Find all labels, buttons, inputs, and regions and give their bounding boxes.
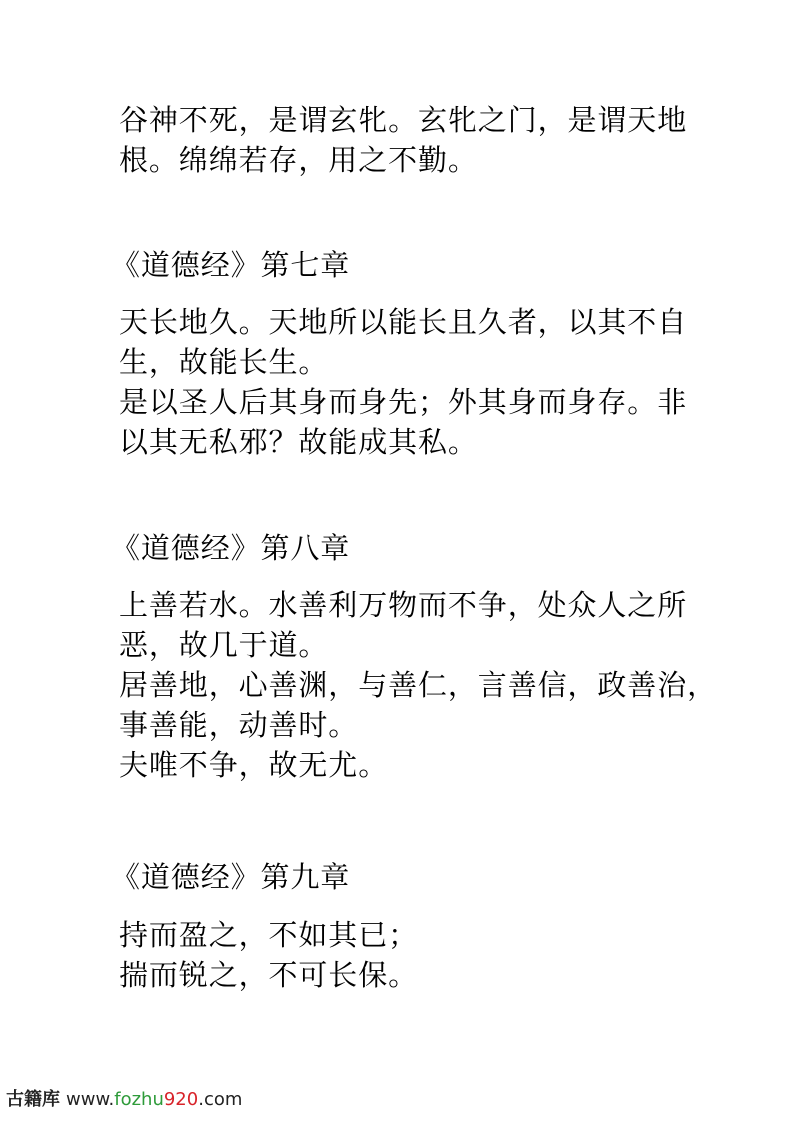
chapter-heading-9: 《道德经》第九章 [111,857,350,897]
text-line: 谷神不死，是谓玄牝。玄牝之门，是谓天地 [119,100,687,140]
chapter-heading-7: 《道德经》第七章 [111,245,350,285]
watermark-url-suffix: .com [198,1089,242,1110]
text-line: 夫唯不争，故无尤。 [119,745,388,785]
chapter-heading-8: 《道德经》第八章 [111,528,350,568]
watermark-site-name: 古籍库 [6,1089,60,1110]
site-watermark: 古籍库www.fozhu920.com [6,1087,242,1113]
text-line: 天长地久。天地所以能长且久者，以其不自 [119,302,687,342]
text-line: 根。绵绵若存，用之不勤。 [119,140,478,180]
text-line: 持而盈之，不如其已； [119,915,418,955]
text-line: 揣而锐之，不可长保。 [119,955,418,995]
watermark-url-prefix: www. [66,1089,114,1110]
text-line: 以其无私邪？故能成其私。 [119,422,478,462]
text-line: 是以圣人后其身而身先；外其身而身存。非 [119,382,687,422]
text-line: 居善地，心善渊，与善仁，言善信，政善治， [119,665,717,705]
watermark-url-green: fozhu [114,1089,164,1110]
text-line: 事善能，动善时。 [119,705,358,745]
text-line: 恶，故几于道。 [119,625,328,665]
watermark-url-red: 920 [164,1089,198,1110]
text-line: 生，故能长生。 [119,342,328,382]
text-line: 上善若水。水善利万物而不争，处众人之所 [119,585,687,625]
